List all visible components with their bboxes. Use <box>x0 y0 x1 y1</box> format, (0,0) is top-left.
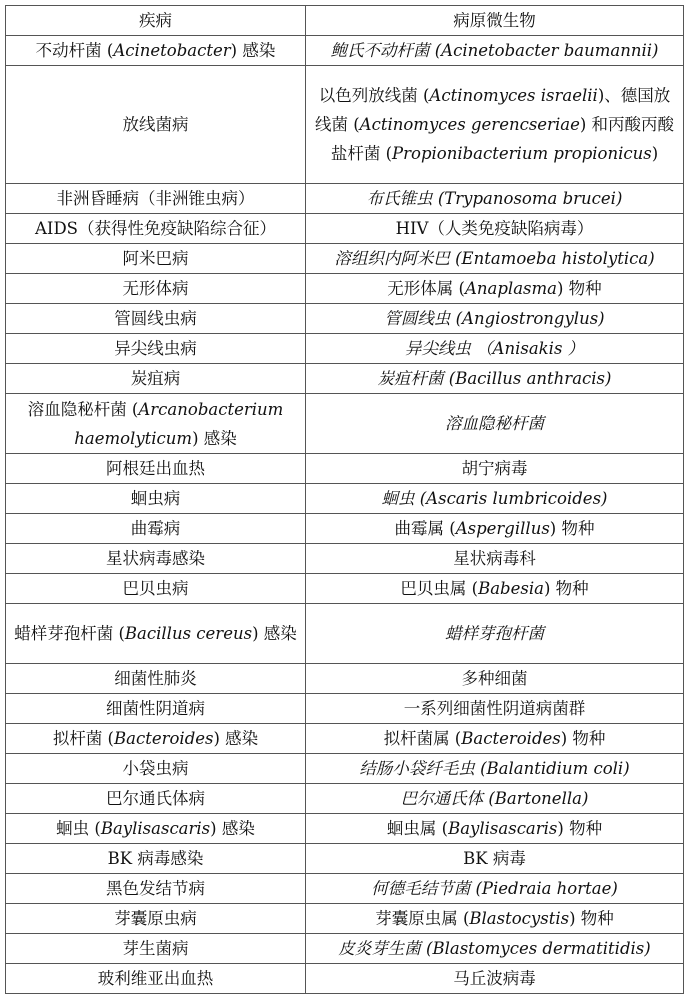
disease-pathogen-table: 疾病 病原微生物 不动杆菌 (Acinetobacter) 感染鲍氏不动杆菌 (… <box>5 5 684 994</box>
pathogen-cell: 蛔虫 (Ascaris lumbricoides) <box>306 484 684 514</box>
pathogen-cell-text: 马丘波病毒 <box>453 969 536 988</box>
table-row: 蛔虫 (Baylisascaris) 感染蛔虫属 (Baylisascaris)… <box>6 814 684 844</box>
table-row: 无形体病无形体属 (Anaplasma) 物种 <box>6 274 684 304</box>
pathogen-cell-text: 结肠小袋纤毛虫 (Balantidium coli) <box>359 759 629 778</box>
table-row: 小袋虫病结肠小袋纤毛虫 (Balantidium coli) <box>6 754 684 784</box>
table-row: 溶血隐秘杆菌 (Arcanobacterium haemolyticum) 感染… <box>6 394 684 454</box>
disease-cell-text: 阿米巴病 <box>123 249 189 268</box>
pathogen-cell: 鲍氏不动杆菌 (Acinetobacter baumannii) <box>306 36 684 66</box>
pathogen-cell-text: Aspergillus <box>456 519 550 538</box>
disease-cell: 星状病毒感染 <box>6 544 306 574</box>
pathogen-cell: 溶组织内阿米巴 (Entamoeba histolytica) <box>306 244 684 274</box>
pathogen-cell: 马丘波病毒 <box>306 964 684 994</box>
pathogen-cell-text: 皮炎芽生菌 (Blastomyces dermatitidis) <box>338 939 650 958</box>
disease-cell-text: 细菌性肺炎 <box>114 669 197 688</box>
header-disease: 疾病 <box>6 6 306 36</box>
disease-cell: 巴尔通氏体病 <box>6 784 306 814</box>
pathogen-cell-text: 何德毛结节菌 (Piedraia hortae) <box>371 879 618 898</box>
pathogen-cell: 管圆线虫 (Angiostrongylus) <box>306 304 684 334</box>
disease-cell-text: 细菌性阴道病 <box>106 699 205 718</box>
disease-cell: 不动杆菌 (Acinetobacter) 感染 <box>6 36 306 66</box>
table-row: 蛔虫病蛔虫 (Ascaris lumbricoides) <box>6 484 684 514</box>
disease-cell-text: 非洲昏睡病（非洲锥虫病） <box>57 189 255 208</box>
pathogen-cell-text: ) 物种 <box>569 909 614 928</box>
disease-cell-text: 星状病毒感染 <box>106 549 205 568</box>
pathogen-cell: 蜡样芽孢杆菌 <box>306 604 684 664</box>
pathogen-cell-text: ) 物种 <box>550 519 595 538</box>
disease-cell: 阿根廷出血热 <box>6 454 306 484</box>
pathogen-cell: 异尖线虫 （Anisakis ） <box>306 334 684 364</box>
pathogen-cell-text: Baylisascaris <box>448 819 557 838</box>
table-row: 芽生菌病皮炎芽生菌 (Blastomyces dermatitidis) <box>6 934 684 964</box>
disease-cell-text: Acinetobacter <box>113 41 230 60</box>
disease-cell-text: Bacillus cereus <box>125 624 252 643</box>
disease-cell: 小袋虫病 <box>6 754 306 784</box>
disease-cell: 细菌性肺炎 <box>6 664 306 694</box>
pathogen-cell: 溶血隐秘杆菌 <box>306 394 684 454</box>
disease-cell: BK 病毒感染 <box>6 844 306 874</box>
pathogen-cell: 皮炎芽生菌 (Blastomyces dermatitidis) <box>306 934 684 964</box>
pathogen-cell: 何德毛结节菌 (Piedraia hortae) <box>306 874 684 904</box>
disease-cell: 玻利维亚出血热 <box>6 964 306 994</box>
disease-cell: 曲霉病 <box>6 514 306 544</box>
table-row: 不动杆菌 (Acinetobacter) 感染鲍氏不动杆菌 (Acinetoba… <box>6 36 684 66</box>
table-row: 拟杆菌 (Bacteroides) 感染拟杆菌属 (Bacteroides) 物… <box>6 724 684 754</box>
pathogen-cell-text: 巴尔通氏体 (Bartonella) <box>401 789 589 808</box>
pathogen-cell-text: ) 物种 <box>544 579 589 598</box>
pathogen-cell-text: ) 物种 <box>557 819 602 838</box>
disease-cell: 无形体病 <box>6 274 306 304</box>
disease-cell-text: 放线菌病 <box>123 115 189 134</box>
table-row: 异尖线虫病异尖线虫 （Anisakis ） <box>6 334 684 364</box>
pathogen-cell: 多种细菌 <box>306 664 684 694</box>
table-row: 巴贝虫病巴贝虫属 (Babesia) 物种 <box>6 574 684 604</box>
table-row: 非洲昏睡病（非洲锥虫病）布氏锥虫 (Trypanosoma brucei) <box>6 184 684 214</box>
disease-cell-text: ) 感染 <box>192 429 237 448</box>
pathogen-cell: 蛔虫属 (Baylisascaris) 物种 <box>306 814 684 844</box>
pathogen-cell-text: ) 物种 <box>561 729 606 748</box>
disease-cell-text: 黑色发结节病 <box>106 879 205 898</box>
disease-cell-text: 蛔虫 ( <box>56 819 101 838</box>
pathogen-cell: 以色列放线菌 (Actinomyces israelii)、德国放线菌 (Act… <box>306 66 684 184</box>
disease-cell-text: 蛔虫病 <box>131 489 181 508</box>
disease-cell-text: 炭疽病 <box>131 369 181 388</box>
pathogen-cell-text: 溶组织内阿米巴 (Entamoeba histolytica) <box>334 249 654 268</box>
pathogen-cell: 炭疽杆菌 (Bacillus anthracis) <box>306 364 684 394</box>
pathogen-cell: 一系列细菌性阴道病菌群 <box>306 694 684 724</box>
pathogen-cell-text: BK 病毒 <box>463 849 526 868</box>
pathogen-cell-text: 蜡样芽孢杆菌 <box>445 624 544 643</box>
disease-cell-text: 蜡样芽孢杆菌 ( <box>14 624 125 643</box>
table-row: AIDS（获得性免疫缺陷综合征）HIV（人类免疫缺陷病毒） <box>6 214 684 244</box>
disease-cell-text: 不动杆菌 ( <box>36 41 114 60</box>
disease-cell-text: Bacteroides <box>114 729 214 748</box>
pathogen-cell-text: 一系列细菌性阴道病菌群 <box>404 699 586 718</box>
disease-cell: 黑色发结节病 <box>6 874 306 904</box>
table-row: 黑色发结节病何德毛结节菌 (Piedraia hortae) <box>6 874 684 904</box>
pathogen-cell-text: 管圆线虫 (Angiostrongylus) <box>384 309 604 328</box>
table-row: 管圆线虫病管圆线虫 (Angiostrongylus) <box>6 304 684 334</box>
disease-cell: 蜡样芽孢杆菌 (Bacillus cereus) 感染 <box>6 604 306 664</box>
disease-cell: AIDS（获得性免疫缺陷综合征） <box>6 214 306 244</box>
pathogen-cell-text: Bacteroides <box>461 729 561 748</box>
table-row: BK 病毒感染BK 病毒 <box>6 844 684 874</box>
table-row: 阿米巴病溶组织内阿米巴 (Entamoeba histolytica) <box>6 244 684 274</box>
pathogen-cell-text: ) 物种 <box>557 279 602 298</box>
pathogen-cell: 拟杆菌属 (Bacteroides) 物种 <box>306 724 684 754</box>
disease-cell-text: ) 感染 <box>252 624 297 643</box>
disease-cell-text: Baylisascaris <box>101 819 210 838</box>
table-row: 细菌性肺炎多种细菌 <box>6 664 684 694</box>
disease-cell-text: 芽囊原虫病 <box>114 909 197 928</box>
pathogen-cell-text: Actinomyces gerencseriae <box>360 115 580 134</box>
pathogen-cell-text: 无形体属 ( <box>387 279 465 298</box>
disease-cell-text: ) 感染 <box>231 41 276 60</box>
pathogen-cell: BK 病毒 <box>306 844 684 874</box>
table-row: 阿根廷出血热胡宁病毒 <box>6 454 684 484</box>
pathogen-cell-text: 蛔虫 (Ascaris lumbricoides) <box>382 489 608 508</box>
table-row: 蜡样芽孢杆菌 (Bacillus cereus) 感染蜡样芽孢杆菌 <box>6 604 684 664</box>
disease-cell: 蛔虫 (Baylisascaris) 感染 <box>6 814 306 844</box>
header-pathogen: 病原微生物 <box>306 6 684 36</box>
pathogen-cell-text: 布氏锥虫 (Trypanosoma brucei) <box>367 189 623 208</box>
pathogen-cell-text: HIV（人类免疫缺陷病毒） <box>396 219 594 238</box>
disease-cell: 异尖线虫病 <box>6 334 306 364</box>
disease-cell: 管圆线虫病 <box>6 304 306 334</box>
pathogen-cell-text: 异尖线虫 （Anisakis ） <box>405 339 584 358</box>
pathogen-cell: 巴尔通氏体 (Bartonella) <box>306 784 684 814</box>
disease-cell: 非洲昏睡病（非洲锥虫病） <box>6 184 306 214</box>
pathogen-cell: 结肠小袋纤毛虫 (Balantidium coli) <box>306 754 684 784</box>
disease-cell-text: ) 感染 <box>214 729 259 748</box>
disease-cell-text: 巴贝虫病 <box>123 579 189 598</box>
pathogen-cell-text: 以色列放线菌 ( <box>319 86 430 105</box>
disease-cell-text: 阿根廷出血热 <box>106 459 205 478</box>
disease-cell-text: AIDS（获得性免疫缺陷综合征） <box>35 219 276 238</box>
table-body: 不动杆菌 (Acinetobacter) 感染鲍氏不动杆菌 (Acinetoba… <box>6 36 684 994</box>
disease-cell-text: 异尖线虫病 <box>114 339 197 358</box>
pathogen-cell-text: 胡宁病毒 <box>462 459 528 478</box>
table-row: 炭疽病炭疽杆菌 (Bacillus anthracis) <box>6 364 684 394</box>
table-row: 玻利维亚出血热马丘波病毒 <box>6 964 684 994</box>
disease-cell: 拟杆菌 (Bacteroides) 感染 <box>6 724 306 754</box>
pathogen-cell-text: 芽囊原虫属 ( <box>375 909 469 928</box>
pathogen-cell-text: 鲍氏不动杆菌 (Acinetobacter baumannii) <box>331 41 659 60</box>
disease-cell-text: 小袋虫病 <box>123 759 189 778</box>
disease-cell: 炭疽病 <box>6 364 306 394</box>
pathogen-cell: 星状病毒科 <box>306 544 684 574</box>
pathogen-cell-text: Blastocystis <box>469 909 569 928</box>
disease-cell-text: 无形体病 <box>123 279 189 298</box>
pathogen-cell-text: Babesia <box>478 579 544 598</box>
pathogen-cell-text: 蛔虫属 ( <box>387 819 448 838</box>
pathogen-cell: 巴贝虫属 (Babesia) 物种 <box>306 574 684 604</box>
disease-cell-text: ) 感染 <box>210 819 255 838</box>
pathogen-cell-text: 巴贝虫属 ( <box>400 579 478 598</box>
disease-cell-text: 玻利维亚出血热 <box>98 969 214 988</box>
pathogen-cell: 无形体属 (Anaplasma) 物种 <box>306 274 684 304</box>
disease-cell: 芽囊原虫病 <box>6 904 306 934</box>
pathogen-cell: 曲霉属 (Aspergillus) 物种 <box>306 514 684 544</box>
pathogen-cell: HIV（人类免疫缺陷病毒） <box>306 214 684 244</box>
pathogen-cell-text: 溶血隐秘杆菌 <box>445 414 544 433</box>
pathogen-cell-text: 星状病毒科 <box>453 549 536 568</box>
disease-cell-text: 巴尔通氏体病 <box>106 789 205 808</box>
disease-cell: 放线菌病 <box>6 66 306 184</box>
pathogen-cell-text: ) <box>652 144 658 163</box>
pathogen-cell-text: 曲霉属 ( <box>395 519 456 538</box>
pathogen-cell-text: Actinomyces israelii <box>429 86 597 105</box>
disease-cell-text: 曲霉病 <box>131 519 181 538</box>
disease-cell-text: 拟杆菌 ( <box>53 729 114 748</box>
disease-cell: 巴贝虫病 <box>6 574 306 604</box>
disease-cell: 细菌性阴道病 <box>6 694 306 724</box>
disease-cell: 溶血隐秘杆菌 (Arcanobacterium haemolyticum) 感染 <box>6 394 306 454</box>
pathogen-cell: 胡宁病毒 <box>306 454 684 484</box>
table-row: 星状病毒感染星状病毒科 <box>6 544 684 574</box>
pathogen-cell-text: Propionibacterium propionicus <box>392 144 652 163</box>
table-row: 巴尔通氏体病巴尔通氏体 (Bartonella) <box>6 784 684 814</box>
pathogen-cell-text: Anaplasma <box>465 279 557 298</box>
disease-cell-text: 管圆线虫病 <box>114 309 197 328</box>
header-row: 疾病 病原微生物 <box>6 6 684 36</box>
table-row: 曲霉病曲霉属 (Aspergillus) 物种 <box>6 514 684 544</box>
pathogen-cell-text: 炭疽杆菌 (Bacillus anthracis) <box>378 369 612 388</box>
table-row: 细菌性阴道病一系列细菌性阴道病菌群 <box>6 694 684 724</box>
disease-cell: 蛔虫病 <box>6 484 306 514</box>
table-row: 放线菌病以色列放线菌 (Actinomyces israelii)、德国放线菌 … <box>6 66 684 184</box>
disease-cell-text: BK 病毒感染 <box>108 849 204 868</box>
disease-cell: 阿米巴病 <box>6 244 306 274</box>
disease-cell-text: 芽生菌病 <box>123 939 189 958</box>
pathogen-cell: 布氏锥虫 (Trypanosoma brucei) <box>306 184 684 214</box>
pathogen-cell-text: 拟杆菌属 ( <box>384 729 462 748</box>
pathogen-cell: 芽囊原虫属 (Blastocystis) 物种 <box>306 904 684 934</box>
table-row: 芽囊原虫病芽囊原虫属 (Blastocystis) 物种 <box>6 904 684 934</box>
pathogen-cell-text: 多种细菌 <box>462 669 528 688</box>
disease-cell: 芽生菌病 <box>6 934 306 964</box>
disease-cell-text: 溶血隐秘杆菌 ( <box>28 400 139 419</box>
